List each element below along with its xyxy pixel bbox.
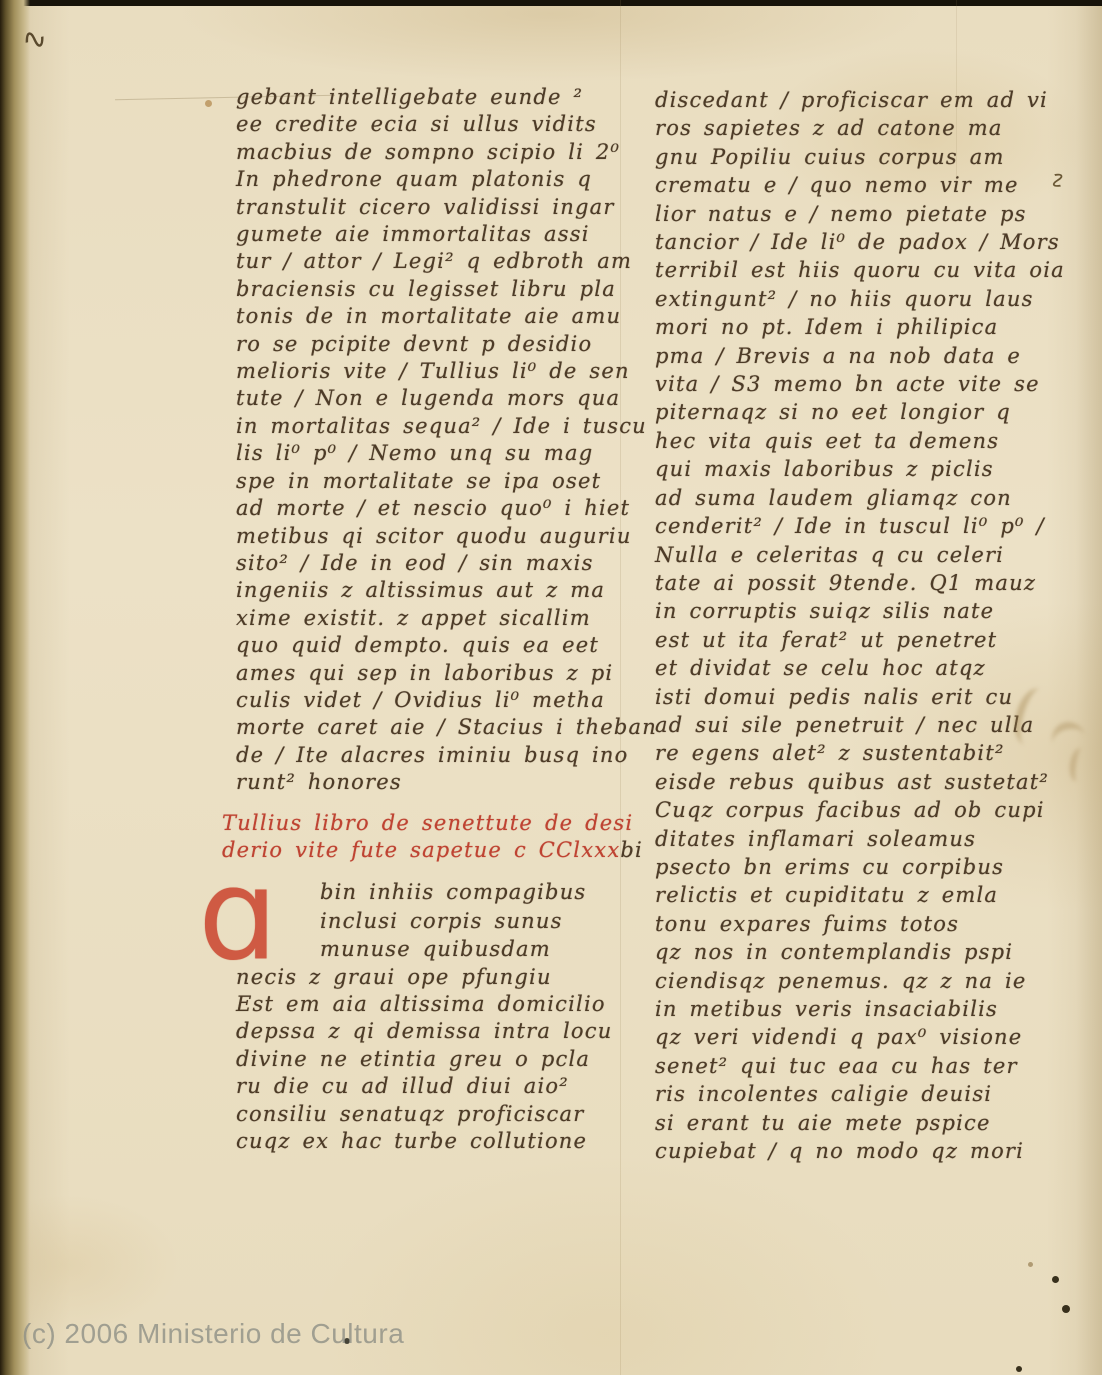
manuscript-line: necis z graui ope pfungiu <box>236 964 612 991</box>
manuscript-line: tute / Non e lugenda mors qua <box>236 385 657 412</box>
manuscript-line: transtulit cicero validissi ingar <box>236 194 657 221</box>
manuscript-line: in corruptis suiqz silis nate <box>655 597 1065 625</box>
manuscript-line: discedant / proficiscar em ad vi <box>655 86 1065 114</box>
stain-spot <box>1028 1262 1033 1267</box>
manuscript-line: tonu expares fuims totos <box>655 910 1065 938</box>
manuscript-line: depssa z qi demissa intra locu <box>236 1018 612 1045</box>
manuscript-line: spe in mortalitate se ipa oset <box>236 468 657 495</box>
stain-spot <box>205 100 212 107</box>
manuscript-line: divine ne etintia greu o pcla <box>236 1046 612 1073</box>
manuscript-line: de / Ite alacres iminiu busq ino <box>236 742 657 769</box>
manuscript-line: macbius de sompno scipio li 2⁰ <box>236 139 657 166</box>
manuscript-line: ditates inflamari soleamus <box>655 825 1065 853</box>
manuscript-line: crematu e / quo nemo vir me <box>655 171 1065 199</box>
manuscript-line: pma / Brevis a na nob data e <box>655 342 1065 370</box>
initial-full-lines: necis z graui ope pfungiuEst em aia alti… <box>236 964 612 1156</box>
manuscript-line: psecto bn erims cu corpibus <box>655 853 1065 881</box>
manuscript-line: ad suma laudem gliamqz con <box>655 484 1065 512</box>
manuscript-line: qz nos in contemplandis pspi <box>655 938 1065 966</box>
manuscript-line: ro se pcipite devnt p desidio <box>236 331 657 358</box>
manuscript-line: cupiebat / q no modo qz mori <box>655 1137 1065 1165</box>
wormhole-speck <box>1062 1305 1070 1313</box>
manuscript-line: bin inhiis compagibus <box>320 878 612 907</box>
manuscript-line: quo quid dempto. quis ea eet <box>236 632 657 659</box>
manuscript-line: cenderit² / Ide in tuscul li⁰ p⁰ / <box>655 512 1065 540</box>
rubric-line-red-part: derio vite fute sapetue c CClxxx <box>222 838 620 862</box>
book-top-edge <box>0 0 1102 6</box>
manuscript-line: melioris vite / Tullius li⁰ de sen <box>236 358 657 385</box>
manuscript-line: metibus qi scitor quodu auguriu <box>236 523 657 550</box>
left-text-column: gebant intelligebate eunde ²ee credite e… <box>236 84 657 797</box>
manuscript-line: gnu Popiliu cuius corpus am <box>655 143 1065 171</box>
manuscript-line: senet² qui tuc eaa cu has ter <box>655 1052 1065 1080</box>
manuscript-line: extingunt² / no hiis quoru laus <box>655 285 1065 313</box>
manuscript-line: tate ai possit 9tende. Q1 mauz <box>655 569 1065 597</box>
rubric-heading: Tullius libro de senettute de desi derio… <box>222 810 643 865</box>
initial-indented-lines: bin inhiis compagibusinclusi corpis sunu… <box>236 878 612 964</box>
rubric-line: Tullius libro de senettute de desi <box>222 810 643 837</box>
manuscript-line: hec vita quis eet ta demens <box>655 427 1065 455</box>
manuscript-line: munuse quibusdam <box>320 935 612 964</box>
manuscript-line: et dividat se celu hoc atqz <box>655 654 1065 682</box>
manuscript-line: sito² / Ide in eod / sin maxis <box>236 550 657 577</box>
manuscript-line: piternaqz si no eet longior q <box>655 398 1065 426</box>
book-binding-edge <box>0 0 30 1375</box>
manuscript-line: morte caret aie / Stacius i theban <box>236 714 657 741</box>
manuscript-line: lior natus e / nemo pietate ps <box>655 200 1065 228</box>
manuscript-line: tonis de in mortalitate aie amu <box>236 303 657 330</box>
manuscript-line: mori no pt. Idem i philipica <box>655 313 1065 341</box>
manuscript-line: re egens alet² z sustentabit² <box>655 739 1065 767</box>
manuscript-line: tancior / Ide li⁰ de padox / Mors <box>655 228 1065 256</box>
manuscript-line: in mortalitas sequa² / Ide i tuscu <box>236 413 657 440</box>
manuscript-line: gumete aie immortalitas assi <box>236 221 657 248</box>
manuscript-line: qui maxis laboribus z piclis <box>655 455 1065 483</box>
manuscript-line: inclusi corpis sunus <box>320 907 612 936</box>
left-column-new-paragraph: bin inhiis compagibusinclusi corpis sunu… <box>236 878 612 1155</box>
manuscript-line: culis videt / Ovidius li⁰ metha <box>236 687 657 714</box>
manuscript-line: xime existit. z appet sicallim <box>236 605 657 632</box>
manuscript-line: qz veri videndi q pax⁰ visione <box>655 1023 1065 1051</box>
manuscript-line: ris incolentes caligie deuisi <box>655 1080 1065 1108</box>
wormhole-speck <box>1052 1276 1059 1283</box>
manuscript-line: Nulla e celeritas q cu celeri <box>655 541 1065 569</box>
manuscript-line: ad morte / et nescio quo⁰ i hiet <box>236 495 657 522</box>
manuscript-line: est ut ita ferat² ut penetret <box>655 626 1065 654</box>
manuscript-line: isti domui pedis nalis erit cu <box>655 683 1065 711</box>
manuscript-line: lis li⁰ p⁰ / Nemo unq su mag <box>236 440 657 467</box>
manuscript-page-scan: ∿ ∿ gebant intelligebate eunde ²ee credi… <box>0 0 1102 1375</box>
manuscript-line: gebant intelligebate eunde ² <box>236 84 657 111</box>
wormhole-speck <box>1016 1366 1022 1372</box>
manuscript-line: ciendisqz penemus. qz z na ie <box>655 967 1065 995</box>
manuscript-line: consiliu senatuqz proficiscar <box>236 1101 612 1128</box>
manuscript-line: Cuqz corpus facibus ad ob cupi <box>655 796 1065 824</box>
manuscript-line: eisde rebus quibus ast sustetat² <box>655 768 1065 796</box>
manuscript-line: si erant tu aie mete pspice <box>655 1109 1065 1137</box>
manuscript-line: ru die cu ad illud diui aio² <box>236 1073 612 1100</box>
manuscript-line: tur / attor / Legi² q edbroth am <box>236 248 657 275</box>
rubric-line-black-suffix: bi <box>620 838 643 862</box>
manuscript-line: runt² honores <box>236 769 657 796</box>
manuscript-line: cuqz ex hac turbe collutione <box>236 1128 612 1155</box>
rubric-line: derio vite fute sapetue c CClxxxbi <box>222 837 643 864</box>
manuscript-line: braciensis cu legisset libru pla <box>236 276 657 303</box>
right-text-column: discedant / proficiscar em ad viros sapi… <box>655 86 1065 1165</box>
manuscript-line: relictis et cupiditatu z emla <box>655 881 1065 909</box>
manuscript-line: In phedrone quam platonis q <box>236 166 657 193</box>
copyright-watermark: (c) 2006 Ministerio de Cultura <box>22 1318 404 1350</box>
manuscript-line: vita / S3 memo bn acte vite se <box>655 370 1065 398</box>
manuscript-line: in metibus veris insaciabilis <box>655 995 1065 1023</box>
manuscript-line: ros sapietes z ad catone ma <box>655 114 1065 142</box>
manuscript-line: Est em aia altissima domicilio <box>236 991 612 1018</box>
manuscript-line: terribil est hiis quoru cu vita oia <box>655 256 1065 284</box>
manuscript-line: ee credite ecia si ullus vidits <box>236 111 657 138</box>
manuscript-line: ingeniis z altissimus aut z ma <box>236 577 657 604</box>
manuscript-line: ad sui sile penetruit / nec ulla <box>655 711 1065 739</box>
manuscript-line: ames qui sep in laboribus z pi <box>236 660 657 687</box>
